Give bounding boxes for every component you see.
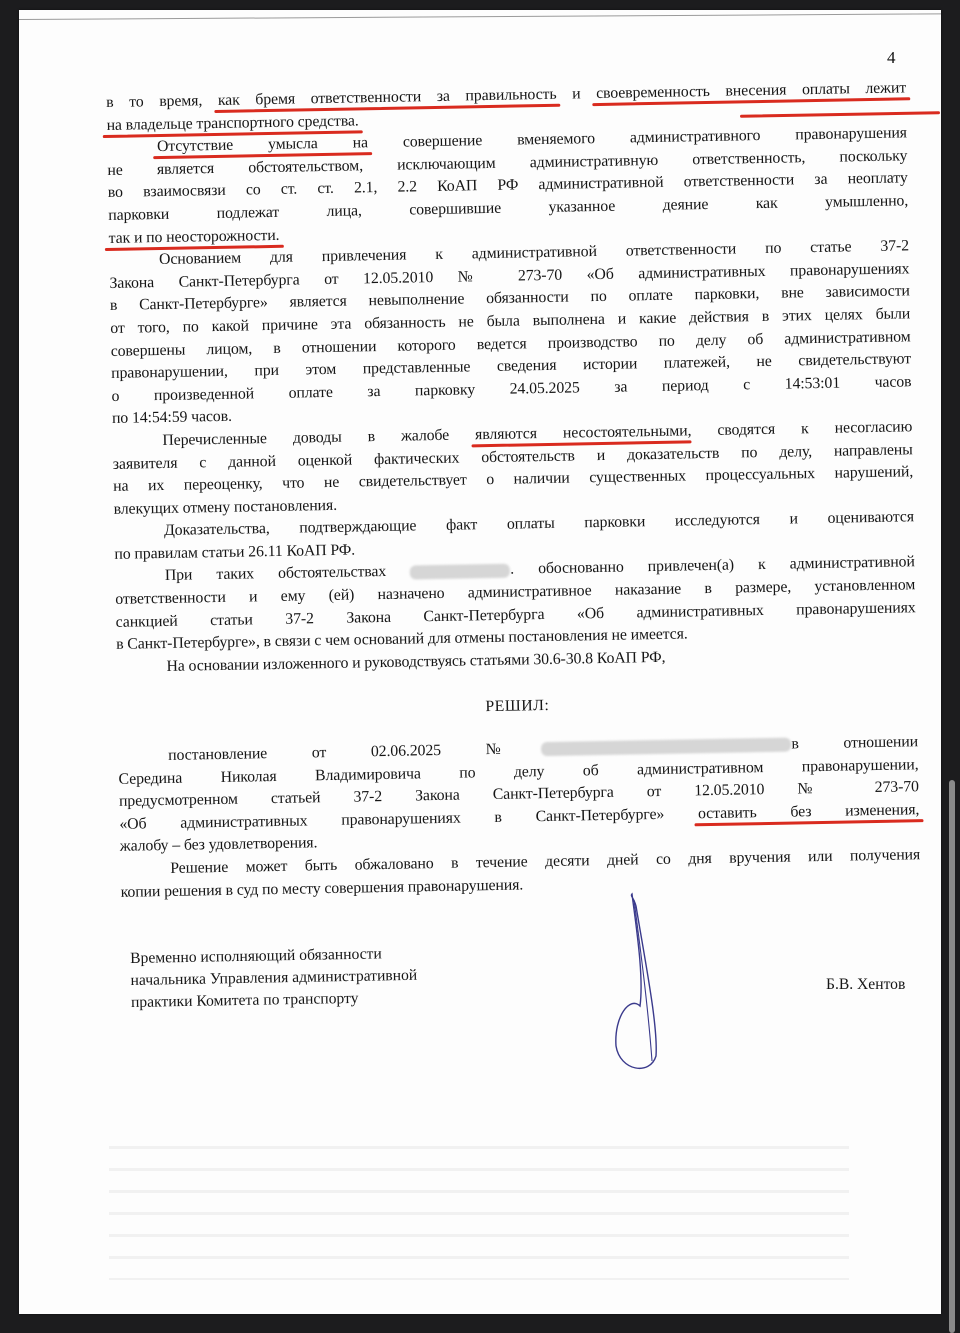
highlight-underline: оставить без изменения, [698, 801, 920, 822]
highlight-underline: являются несостоятельными [475, 422, 688, 443]
paragraph-arguments: Перечисленные доводы в жалобе являются н… [112, 416, 914, 521]
signatory-name: Б.В. Хентов [826, 976, 905, 994]
page-number: 4 [887, 48, 896, 68]
scrollbar-thumb[interactable] [949, 780, 955, 1333]
paragraph-intent: Отсутствие умысла на совершение вменяемо… [107, 123, 909, 251]
signatory-position: Временно исполняющий обязанности начальн… [130, 941, 511, 1014]
highlight-underline: как бремя ответственности за правильност… [218, 86, 557, 109]
handwritten-signature [600, 886, 680, 1086]
redacted-name [410, 564, 510, 580]
redacted-resolution-number [541, 738, 791, 757]
highlight-underline: на владельце транспортного средства. [106, 112, 358, 134]
highlight-underline: своевременность внесения оплаты лежит [596, 79, 906, 102]
scan-edge-line [19, 13, 941, 20]
paragraph-grounds: Основанием для привлечения к администрат… [109, 235, 912, 430]
highlight-underline: так и по неосторожности. [109, 226, 280, 246]
paragraph-decision: постановление от 02.06.2025 №в отношении… [118, 731, 920, 859]
resolved-heading: РЕШИЛ: [117, 689, 917, 726]
highlight-underline: Отсутствие умысла на [157, 134, 368, 155]
bleed-through-text [109, 1130, 849, 1280]
document-body: в то время, как бремя ответственности за… [106, 77, 921, 904]
paragraph-circumstances: При таких обстоятельствах . обоснованно … [115, 552, 917, 657]
